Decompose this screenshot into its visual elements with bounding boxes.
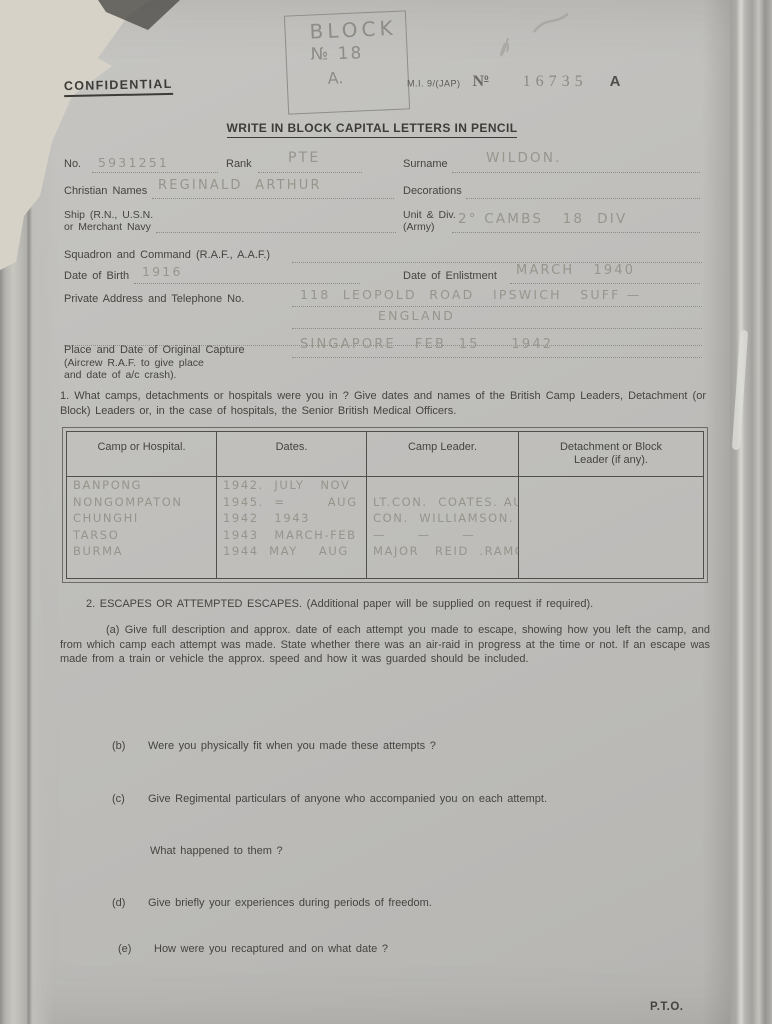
cell-camp: TARSO [67,527,217,544]
address-value-line1: 118 LEOPOLD ROAD IPSWICH SUFF — [300,287,641,302]
ship-line [156,218,396,233]
capture-value: SINGAPORE FEB 15 1942 [300,337,553,352]
question-2e-text: How were you recaptured and on what date… [154,943,388,955]
decorations-label: Decorations [403,185,462,197]
enlistment-value: MARCH 1940 [516,263,635,278]
question-2c: (c)Give Regimental particulars of anyone… [112,793,547,805]
col-header-camp: Camp or Hospital. [67,432,217,476]
surname-value: WILDON. [486,150,562,166]
christian-names-value: REGINALD ARTHUR [158,178,322,193]
cell-leader: — — — [367,527,519,544]
question-2e: (e)How were you recaptured and on what d… [118,943,388,955]
block-box-line1: BLOCK [309,15,406,43]
table-row: CHUNGHI 1942 1943 CON. WILLIAMSON. ORT [67,510,703,527]
table-row: NONGOMPATON 1945. = AUG LT.CON. COATES. … [67,494,703,511]
table-row: BURMA 1944 MAY AUG MAJOR REID .RAMC. [67,543,703,560]
question-2c-prefix: (c) [112,793,148,805]
ship-label-line1: Ship (R.N., U.S.N. [64,209,153,221]
rank-label: Rank [226,158,252,170]
question-2b: (b)Were you physically fit when you made… [112,740,436,752]
service-no-value: 5931251 [98,155,169,170]
question-2-heading: 2. ESCAPES OR ATTEMPTED ESCAPES. (Additi… [86,597,702,612]
camps-table: Camp or Hospital. Dates. Camp Leader. De… [66,431,704,579]
cell-camp: BURMA [67,543,217,560]
pencil-scribble [492,4,602,66]
cell-dates: 1943 MARCH-FEB [217,527,367,544]
cell-leader: MAJOR REID .RAMC. [367,543,519,560]
question-2b-prefix: (b) [112,740,148,752]
table-row: TARSO 1943 MARCH-FEB — — — [67,527,703,544]
question-2c-text: Give Regimental particulars of anyone wh… [148,793,547,805]
cell-camp: CHUNGHI [67,510,217,527]
christian-names-label: Christian Names [64,185,147,197]
dob-label: Date of Birth [64,270,129,282]
address-line2 [292,315,702,329]
block-box-line2: № 18 [310,42,406,65]
camps-table-header-row: Camp or Hospital. Dates. Camp Leader. De… [67,432,703,477]
enlistment-label: Date of Enlistment [403,270,497,282]
mi9-series-letter: A [610,73,621,90]
col-header-dates: Dates. [217,432,367,476]
surname-label: Surname [403,158,448,170]
address-label: Private Address and Telephone No. [64,293,244,305]
question-1-text: 1. What camps, detachments or hospitals … [60,389,706,418]
mi9-no-superscript: o [484,72,489,82]
squadron-line [292,249,702,263]
cell-detachment [519,494,703,511]
cell-detachment [519,527,703,544]
cell-camp: NONGOMPATON [67,494,217,511]
cell-detachment [519,477,703,494]
mi9-no-label: N [473,73,485,90]
cell-detachment [519,543,703,560]
question-2b-text: Were you physically fit when you made th… [148,740,436,752]
table-filler-row [67,560,703,578]
capture-label-line3: and date of a/c crash). [64,369,176,381]
decorations-line [466,185,700,199]
cell-detachment [519,510,703,527]
instruction-heading: WRITE IN BLOCK CAPITAL LETTERS IN PENCIL [196,121,548,135]
cell-leader: LT.CON. COATES. AUS [367,494,519,511]
table-row: BANPONG 1942. JULY NOV [67,477,703,494]
right-page-edges [730,0,772,1024]
camps-table-body: BANPONG 1942. JULY NOV NONGOMPATON 1945.… [67,477,703,578]
cell-dates: 1942 1943 [217,510,367,527]
ship-label-line2: or Merchant Navy [64,221,151,233]
unit-label-line2: (Army) [403,221,435,233]
unit-value: 2° CAMBS 18 DIV [458,211,627,227]
question-2e-prefix: (e) [118,943,154,955]
capture-label-line2: (Aircrew R.A.F. to give place [64,357,204,369]
cell-dates: 1944 MAY AUG [217,543,367,560]
cell-camp: BANPONG [67,477,217,494]
address-value-line2: ENGLAND [378,308,455,323]
block-number-box: BLOCK № 18 A. [284,10,410,114]
mi9-prefix: M.I. 9/(JAP) [407,78,461,88]
rank-value: PTE [288,150,320,166]
left-crease [26,150,32,1024]
question-2d-prefix: (d) [112,897,148,909]
question-2c-followup: What happened to them ? [150,845,283,857]
cell-dates: 1942. JULY NOV [217,477,367,494]
question-2a-text: (a) Give full description and approx. da… [60,623,710,667]
mi9-reference-stamp: M.I. 9/(JAP)No16735A [407,72,620,91]
question-2d: (d)Give briefly your experiences during … [112,897,432,909]
service-no-label: No. [64,158,81,170]
cell-dates: 1945. = AUG [217,494,367,511]
cell-leader [367,477,519,494]
scanned-form-page: CONFIDENTIAL BLOCK № 18 A. M.I. 9/(JAP)N… [0,0,772,1024]
mi9-number: 16735 [523,73,588,90]
unit-label-line1: Unit & Div. [403,209,456,221]
col-header-leader: Camp Leader. [367,432,519,476]
pto-footer: P.T.O. [650,1001,683,1013]
confidential-stamp: CONFIDENTIAL [64,77,173,97]
block-box-line3: A. [327,65,408,87]
capture-label-line1: Place and Date of Original Capture [64,344,245,356]
squadron-label: Squadron and Command (R.A.F., A.A.F.) [64,249,270,261]
cell-leader: CON. WILLIAMSON. ORT [367,510,519,527]
question-2d-text: Give briefly your experiences during per… [148,897,432,909]
dob-value: 1916 [142,264,183,279]
col-header-detachment: Detachment or Block Leader (if any). [519,432,703,476]
